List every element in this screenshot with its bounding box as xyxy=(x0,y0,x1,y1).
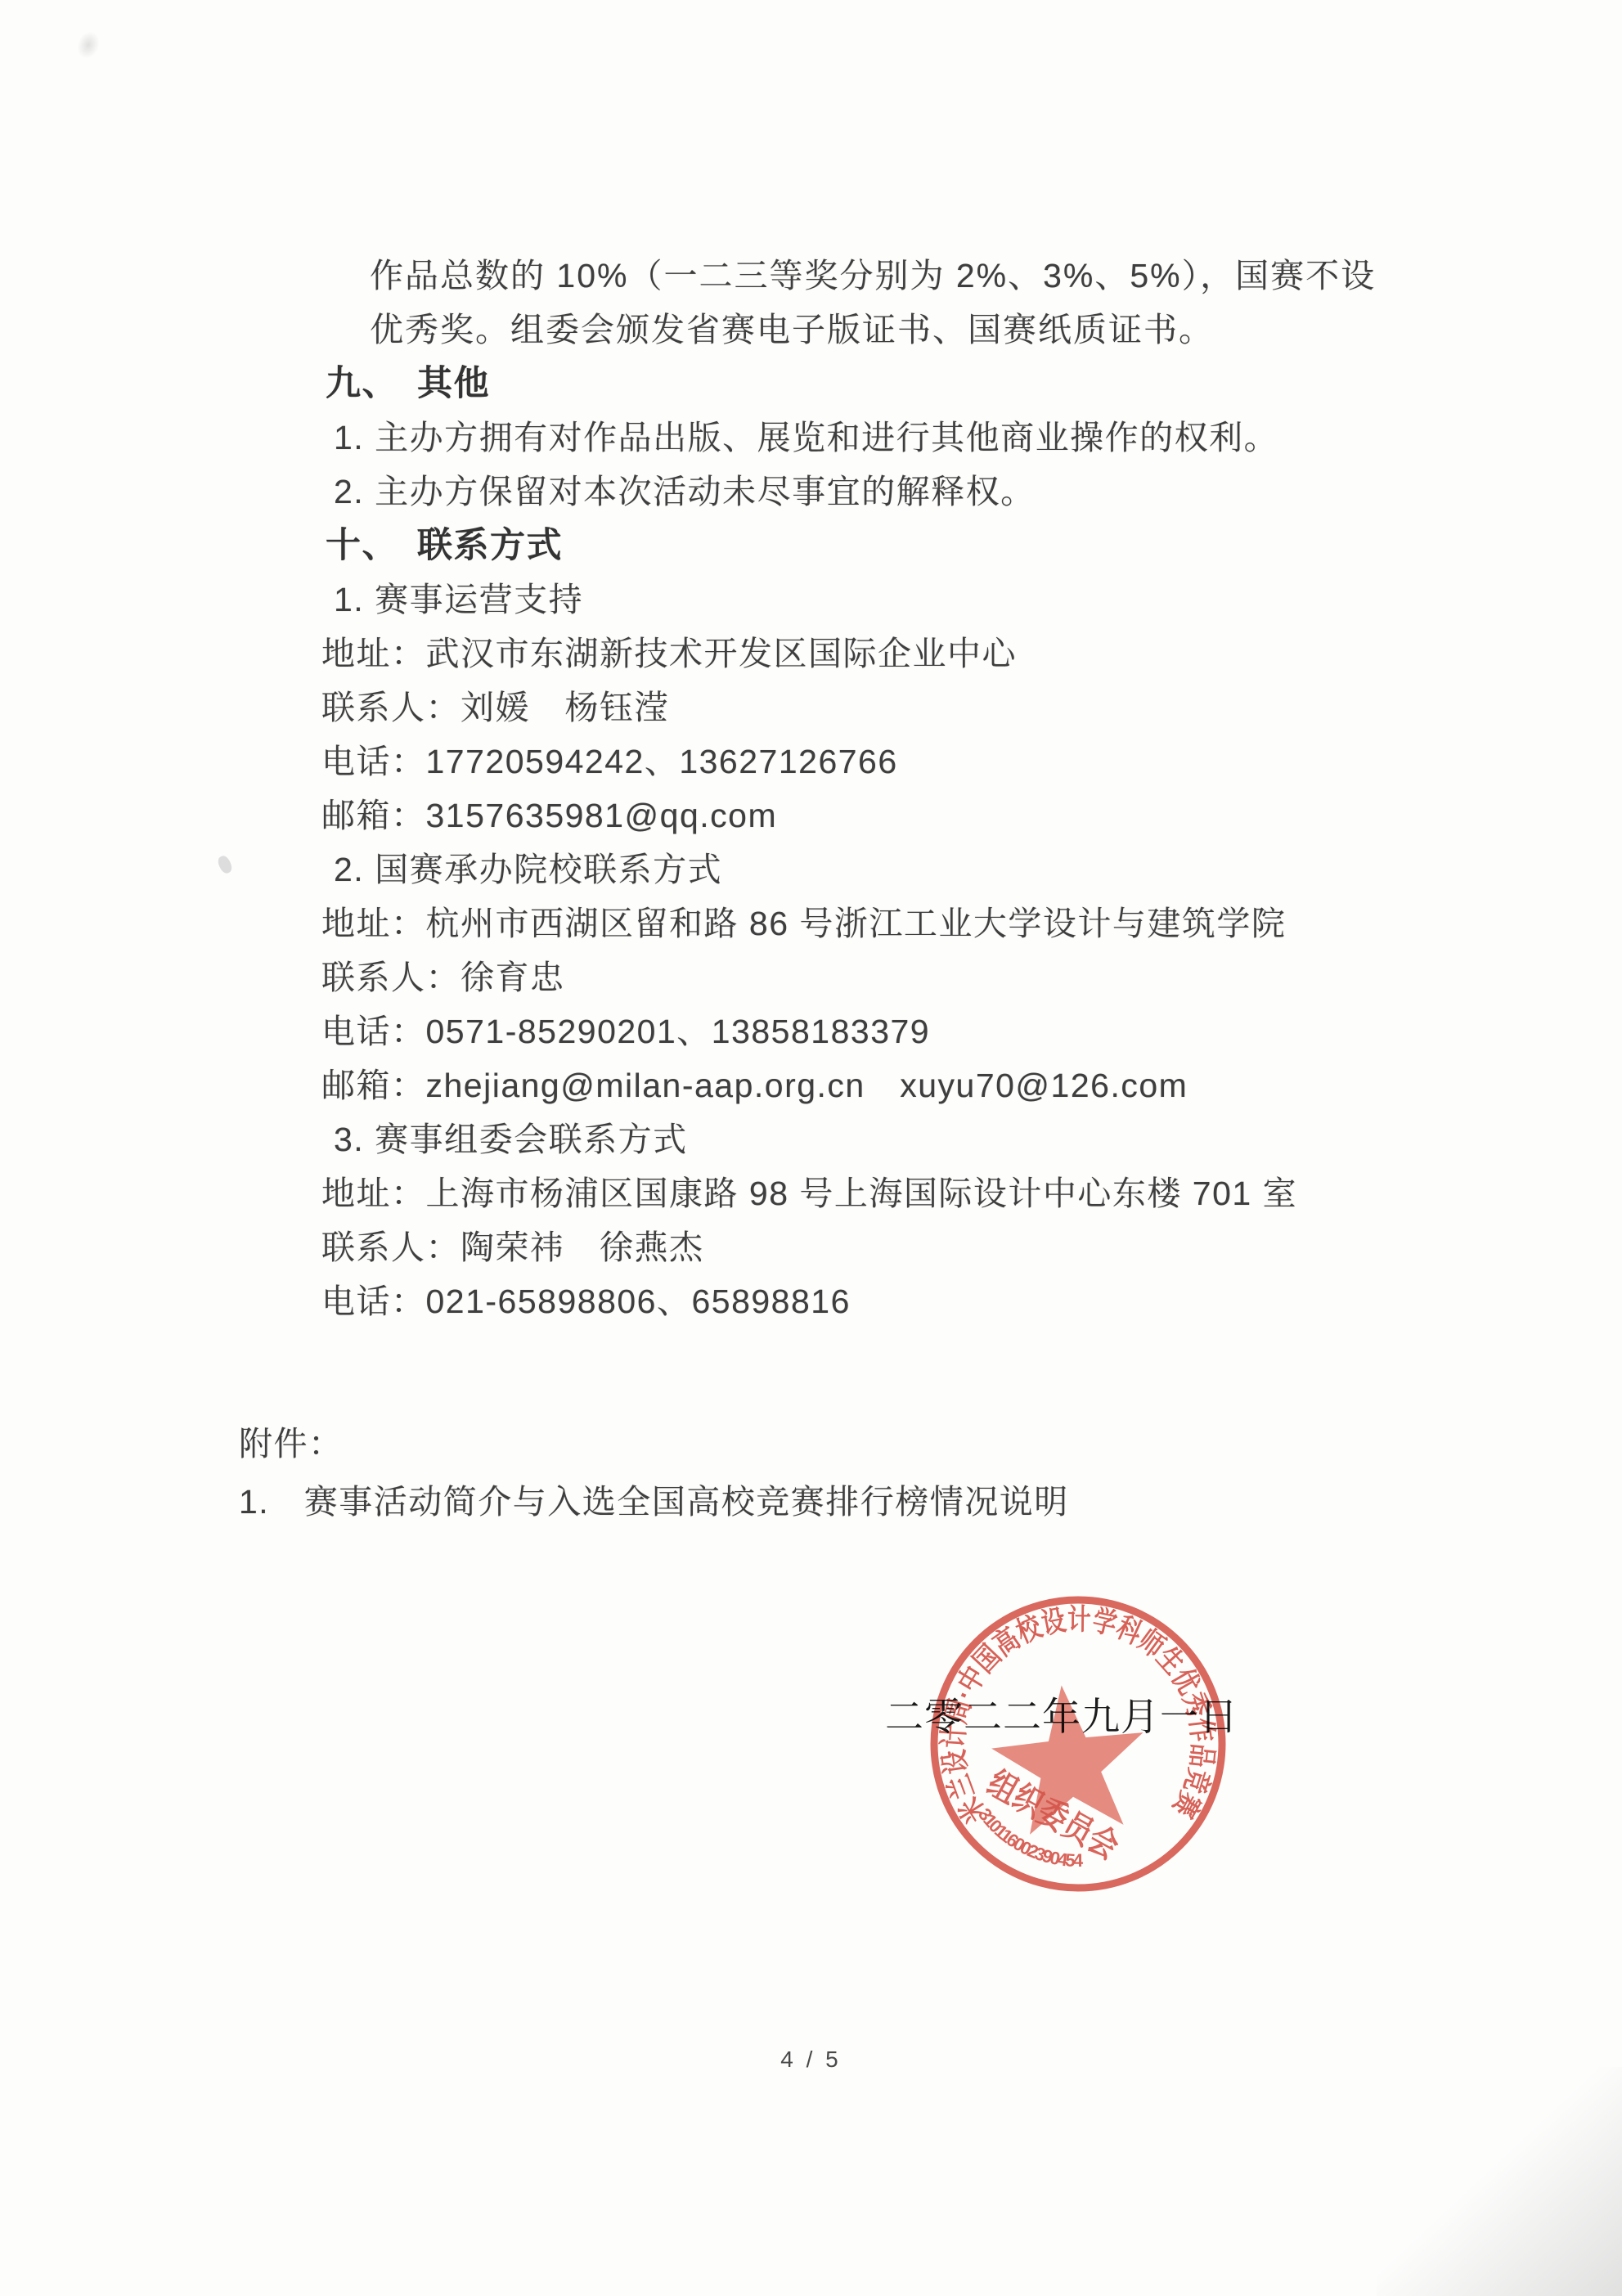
attachment-section: 附件： 1. 赛事活动简介与入选全国高校竞赛排行榜情况说明 xyxy=(0,1417,1622,1533)
contact-block-1-email: 邮箱：3157635981@qq.com xyxy=(321,789,1622,842)
page-number: 4 / 5 xyxy=(0,2047,1622,2073)
contact-block-3-phone: 电话：021-65898806、65898816 xyxy=(321,1274,1622,1328)
contact-block-2-title: 2. 国赛承办院校联系方式 xyxy=(334,842,1622,896)
official-seal-stamp: 米兰设计周·中国高校设计学科师生优秀作品竞赛 组织委员会 31011600239… xyxy=(923,1588,1233,1899)
section-nine-item-2: 2. 主办方保留对本次活动未尽事宜的解释权。 xyxy=(334,465,1622,519)
contact-block-1-title: 1. 赛事运营支持 xyxy=(334,573,1622,627)
scanned-document-page: 作品总数的 10%（一二三等奖分别为 2%、3%、5%），国赛不设 优秀奖。组委… xyxy=(0,0,1622,2296)
contact-block-3-title: 3. 赛事组委会联系方式 xyxy=(334,1112,1622,1166)
attachment-item-1: 1. 赛事活动简介与入选全国高校竞赛排行榜情况说明 xyxy=(239,1471,1622,1533)
scan-artifact-bottom-right xyxy=(1377,2067,1622,2296)
section-nine-heading: 九、 其他 xyxy=(326,357,1622,411)
intro-line-2: 优秀奖。组委会颁发省赛电子版证书、国赛纸质证书。 xyxy=(370,303,1622,357)
contact-block-1-person: 联系人：刘媛 杨钰滢 xyxy=(321,681,1622,735)
contact-block-1-address: 地址：武汉市东湖新技术开发区国际企业中心 xyxy=(321,627,1622,681)
contact-block-2-phone: 电话：0571-85290201、13858183379 xyxy=(321,1004,1622,1058)
contact-block-3-person: 联系人：陶荣祎 徐燕杰 xyxy=(321,1220,1622,1274)
intro-line-1: 作品总数的 10%（一二三等奖分别为 2%、3%、5%），国赛不设 xyxy=(370,249,1622,303)
document-body: 作品总数的 10%（一二三等奖分别为 2%、3%、5%），国赛不设 优秀奖。组委… xyxy=(0,0,1622,1533)
section-ten-heading: 十、 联系方式 xyxy=(326,519,1622,573)
contact-block-3-address: 地址：上海市杨浦区国康路 98 号上海国际设计中心东楼 701 室 xyxy=(321,1166,1622,1220)
contact-block-2-email: 邮箱：zhejiang@milan-aap.org.cn xuyu70@126.… xyxy=(321,1058,1622,1112)
contact-block-1-phone: 电话：17720594242、13627126766 xyxy=(321,735,1622,789)
contact-block-2-person: 联系人：徐育忠 xyxy=(321,950,1622,1004)
contact-block-2-address: 地址：杭州市西湖区留和路 86 号浙江工业大学设计与建筑学院 xyxy=(321,896,1622,950)
attachment-label: 附件： xyxy=(239,1417,1622,1471)
section-nine-item-1: 1. 主办方拥有对作品出版、展览和进行其他商业操作的权利。 xyxy=(334,411,1622,465)
